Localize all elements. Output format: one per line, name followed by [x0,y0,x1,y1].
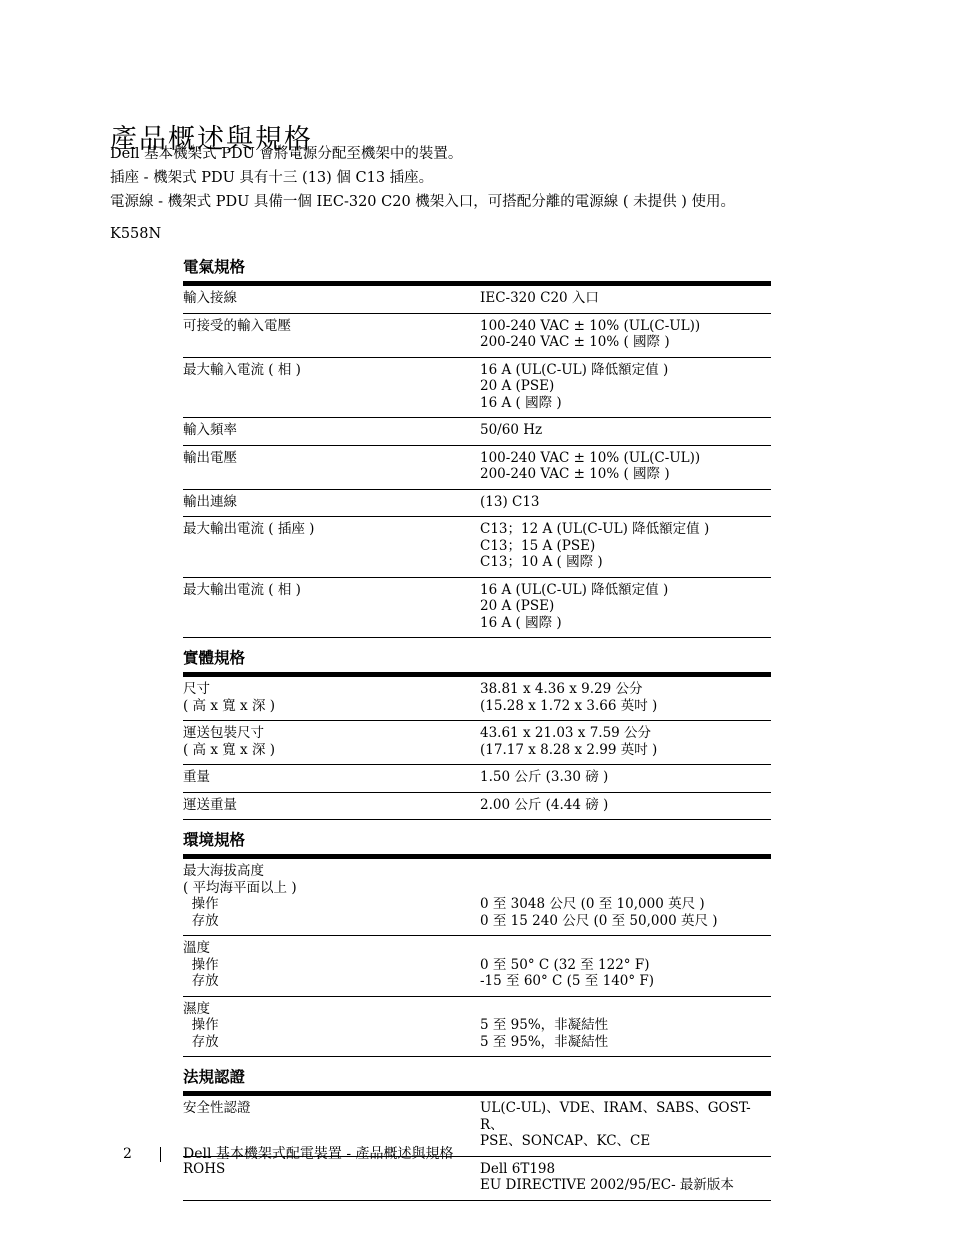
spec-row-value: 43.61 x 21.03 x 7.59 公分(17.17 x 8.28 x 2… [480,725,771,758]
spec-value-line: 0 至 3048 公尺 (0 至 10,000 英尺 ) [480,896,771,913]
spec-row: 輸出連線(13) C13 [183,490,771,518]
intro-paragraph-outlets: 插座 - 機架式 PDU 具有十三 (13) 個 C13 插座。 [110,170,830,186]
spec-row-label: 尺寸( 高 x 寬 x 深 ) [183,681,480,714]
part-number: K558N [110,226,161,243]
spec-row: ROHSDell 6T198EU DIRECTIVE 2002/95/EC- 最… [183,1157,771,1201]
spec-label-line: 存放 [183,1034,470,1051]
spec-row-value: 1.50 公斤 (3.30 磅 ) [480,769,771,786]
spec-value-line [480,1001,771,1018]
spec-label-line: 操作 [183,1017,470,1034]
spec-row-value: 16 A (UL(C-UL) 降低額定值 )20 A (PSE)16 A ( 國… [480,362,771,412]
spec-row-label: 最大輸出電流 ( 相 ) [183,582,480,599]
footer-document-title: Dell 基本機架式配電裝置 - 產品概述與規格 [183,1146,454,1163]
spec-label-line: 濕度 [183,1001,470,1018]
spec-label-line: ( 高 x 寬 x 深 ) [183,742,470,759]
spec-label-line: 重量 [183,769,470,786]
spec-value-line: Dell 6T198 [480,1161,771,1178]
spec-value-line: 5 至 95%，非凝結性 [480,1034,771,1051]
spec-section-heading: 電氣規格 [183,252,771,286]
spec-row-value: 100-240 VAC ± 10% (UL(C-UL))200-240 VAC … [480,450,771,483]
spec-value-line: 200-240 VAC ± 10% ( 國際 ) [480,466,771,483]
spec-row-value: 38.81 x 4.36 x 9.29 公分(15.28 x 1.72 x 3.… [480,681,771,714]
spec-row-value: C13；12 A (UL(C-UL) 降低額定值 )C13；15 A (PSE)… [480,521,771,571]
intro-paragraph-power-cord: 電源線 - 機架式 PDU 具備一個 IEC-320 C20 機架入口，可搭配分… [110,194,830,210]
spec-section-heading: 實體規格 [183,643,771,677]
spec-value-line: EU DIRECTIVE 2002/95/EC- 最新版本 [480,1177,771,1194]
spec-value-line: 2.00 公斤 (4.44 磅 ) [480,797,771,814]
spec-label-line: 運送包裝尺寸 [183,725,470,742]
spec-value-line: 20 A (PSE) [480,598,771,615]
spec-row-value: IEC-320 C20 入口 [480,290,771,307]
spec-row-value: 0 至 50° C (32 至 122° F)-15 至 60° C (5 至 … [480,940,771,990]
spec-value-line: 1.50 公斤 (3.30 磅 ) [480,769,771,786]
spec-value-line: 50/60 Hz [480,422,771,439]
spec-row-value: UL(C-UL)、VDE、IRAM、SABS、GOST-R、PSE、SONCAP… [480,1100,771,1150]
spec-value-line: 0 至 15 240 公尺 (0 至 50,000 英尺 ) [480,913,771,930]
spec-value-line: IEC-320 C20 入口 [480,290,771,307]
spec-row: 輸入接線IEC-320 C20 入口 [183,286,771,314]
spec-label-line: 尺寸 [183,681,470,698]
spec-row-label: 最大輸入電流 ( 相 ) [183,362,480,379]
spec-value-line: 5 至 95%，非凝結性 [480,1017,771,1034]
spec-row-value: 16 A (UL(C-UL) 降低額定值 )20 A (PSE)16 A ( 國… [480,582,771,632]
spec-value-line: -15 至 60° C (5 至 140° F) [480,973,771,990]
spec-label-line: 溫度 [183,940,470,957]
spec-label-line: 運送重量 [183,797,470,814]
page-footer: 2 Dell 基本機架式配電裝置 - 產品概述與規格 [123,1146,454,1163]
spec-row-label: 最大海拔高度( 平均海平面以上 ) 操作 存放 [183,863,480,929]
spec-table: 電氣規格輸入接線IEC-320 C20 入口可接受的輸入電壓100-240 VA… [183,252,771,1201]
spec-row-label: 安全性認證 [183,1100,480,1117]
spec-value-line [480,940,771,957]
spec-label-line: 最大輸出電流 ( 相 ) [183,582,470,599]
spec-value-line: C13；10 A ( 國際 ) [480,554,771,571]
spec-row-label: 重量 [183,769,480,786]
footer-page-number: 2 [123,1146,160,1163]
spec-label-line: 存放 [183,973,470,990]
spec-value-line: PSE、SONCAP、KC、CE [480,1133,771,1150]
spec-section-heading: 環境規格 [183,825,771,859]
spec-row-label: 可接受的輸入電壓 [183,318,480,335]
spec-value-line [480,880,771,897]
spec-label-line: ( 高 x 寬 x 深 ) [183,698,470,715]
spec-value-line: (17.17 x 8.28 x 2.99 英吋 ) [480,742,771,759]
spec-value-line: 16 A (UL(C-UL) 降低額定值 ) [480,582,771,599]
spec-value-line: 16 A ( 國際 ) [480,395,771,412]
spec-value-line: C13；12 A (UL(C-UL) 降低額定值 ) [480,521,771,538]
intro-paragraphs: Dell 基本機架式 PDU 會將電源分配至機架中的裝置。 插座 - 機架式 P… [110,146,830,218]
spec-value-line: 100-240 VAC ± 10% (UL(C-UL)) [480,318,771,335]
spec-row-value: 100-240 VAC ± 10% (UL(C-UL))200-240 VAC … [480,318,771,351]
spec-row-value: Dell 6T198EU DIRECTIVE 2002/95/EC- 最新版本 [480,1161,771,1194]
spec-row-label: 最大輸出電流 ( 插座 ) [183,521,480,538]
spec-row: 最大輸出電流 ( 相 )16 A (UL(C-UL) 降低額定值 )20 A (… [183,578,771,639]
spec-row-label: 輸入接線 [183,290,480,307]
spec-value-line [480,863,771,880]
spec-label-line: 操作 [183,896,470,913]
spec-value-line: 20 A (PSE) [480,378,771,395]
spec-row-label: 輸出連線 [183,494,480,511]
spec-row-value: 0 至 3048 公尺 (0 至 10,000 英尺 )0 至 15 240 公… [480,863,771,929]
spec-value-line: 38.81 x 4.36 x 9.29 公分 [480,681,771,698]
spec-row-label: 溫度 操作 存放 [183,940,480,990]
spec-row: 濕度 操作 存放5 至 95%，非凝結性5 至 95%，非凝結性 [183,997,771,1058]
spec-row-value: 5 至 95%，非凝結性5 至 95%，非凝結性 [480,1001,771,1051]
spec-row: 最大輸入電流 ( 相 )16 A (UL(C-UL) 降低額定值 )20 A (… [183,358,771,419]
spec-row: 輸入頻率50/60 Hz [183,418,771,446]
spec-label-line: 最大輸入電流 ( 相 ) [183,362,470,379]
intro-paragraph-overview: Dell 基本機架式 PDU 會將電源分配至機架中的裝置。 [110,146,830,162]
footer-divider [160,1147,161,1162]
spec-row: 輸出電壓100-240 VAC ± 10% (UL(C-UL))200-240 … [183,446,771,490]
spec-row: 可接受的輸入電壓100-240 VAC ± 10% (UL(C-UL))200-… [183,314,771,358]
spec-label-line: 操作 [183,957,470,974]
spec-row-value: (13) C13 [480,494,771,511]
spec-row-value: 50/60 Hz [480,422,771,439]
spec-row: 運送重量2.00 公斤 (4.44 磅 ) [183,793,771,821]
spec-row-label: 輸入頻率 [183,422,480,439]
spec-value-line: (15.28 x 1.72 x 3.66 英吋 ) [480,698,771,715]
spec-value-line: 16 A ( 國際 ) [480,615,771,632]
spec-value-line: 16 A (UL(C-UL) 降低額定值 ) [480,362,771,379]
spec-row: 溫度 操作 存放0 至 50° C (32 至 122° F)-15 至 60°… [183,936,771,997]
spec-label-line: 最大海拔高度 [183,863,470,880]
spec-value-line: (13) C13 [480,494,771,511]
spec-label-line: 最大輸出電流 ( 插座 ) [183,521,470,538]
spec-row: 運送包裝尺寸( 高 x 寬 x 深 )43.61 x 21.03 x 7.59 … [183,721,771,765]
spec-label-line: ( 平均海平面以上 ) [183,880,470,897]
spec-label-line: 輸出電壓 [183,450,470,467]
spec-value-line: 100-240 VAC ± 10% (UL(C-UL)) [480,450,771,467]
spec-value-line: C13；15 A (PSE) [480,538,771,555]
spec-label-line: 安全性認證 [183,1100,470,1117]
spec-value-line: 0 至 50° C (32 至 122° F) [480,957,771,974]
spec-value-line: 43.61 x 21.03 x 7.59 公分 [480,725,771,742]
spec-row-label: 運送包裝尺寸( 高 x 寬 x 深 ) [183,725,480,758]
spec-value-line: UL(C-UL)、VDE、IRAM、SABS、GOST-R、 [480,1100,771,1133]
spec-row-label: 輸出電壓 [183,450,480,467]
spec-row-value: 2.00 公斤 (4.44 磅 ) [480,797,771,814]
spec-value-line: 200-240 VAC ± 10% ( 國際 ) [480,334,771,351]
spec-label-line: 輸出連線 [183,494,470,511]
spec-section-heading: 法規認證 [183,1062,771,1096]
spec-label-line: 存放 [183,913,470,930]
spec-row-label: 運送重量 [183,797,480,814]
spec-row: 最大海拔高度( 平均海平面以上 ) 操作 存放0 至 3048 公尺 (0 至 … [183,859,771,936]
spec-label-line: 可接受的輸入電壓 [183,318,470,335]
spec-label-line: 輸入接線 [183,290,470,307]
spec-row: 重量1.50 公斤 (3.30 磅 ) [183,765,771,793]
spec-label-line: 輸入頻率 [183,422,470,439]
spec-row-label: 濕度 操作 存放 [183,1001,480,1051]
spec-row: 尺寸( 高 x 寬 x 深 )38.81 x 4.36 x 9.29 公分(15… [183,677,771,721]
spec-row: 最大輸出電流 ( 插座 )C13；12 A (UL(C-UL) 降低額定值 )C… [183,517,771,578]
